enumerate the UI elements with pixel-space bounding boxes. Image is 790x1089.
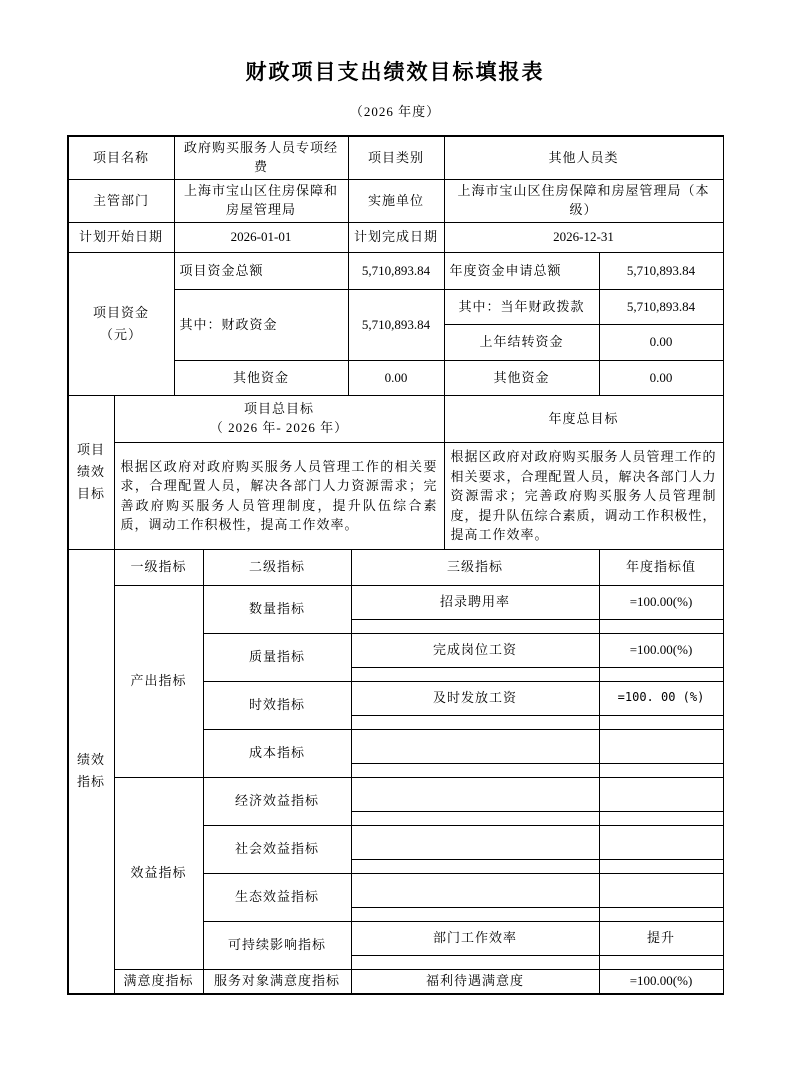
empty-value-cell (599, 715, 723, 729)
indicator-dept-efficiency-value: 提升 (599, 921, 723, 955)
empty-value-cell (599, 777, 723, 811)
level2-economic: 经济效益指标 (203, 777, 351, 825)
carryover-label: 上年结转资金 (444, 325, 599, 361)
implementing-unit-label: 实施单位 (348, 180, 444, 223)
department-label: 主管部门 (68, 180, 174, 223)
carryover-value: 0.00 (599, 325, 723, 361)
level2-service-satisfaction: 服务对象满意度指标 (203, 969, 351, 993)
implementing-unit-value: 上海市宝山区住房保障和房屋管理局（本级） (444, 180, 723, 223)
indicator-timely-payment-value: =100. 00 (%) (599, 681, 723, 715)
indicator-welfare-satisfaction-value: =100.00(%) (599, 969, 723, 993)
project-category-value: 其他人员类 (444, 137, 723, 180)
empty-indicator-cell (351, 859, 599, 873)
level2-quantity: 数量指标 (203, 585, 351, 633)
indicator-welfare-satisfaction: 福利待遇满意度 (351, 969, 599, 993)
basic-info-table: 项目名称 政府购买服务人员专项经费 项目类别 其他人员类 主管部门 上海市宝山区… (68, 136, 724, 253)
project-name-label: 项目名称 (68, 137, 174, 180)
empty-indicator-cell (351, 729, 599, 763)
other-fund-left-label: 其他资金 (174, 361, 348, 396)
empty-indicator-cell (351, 763, 599, 777)
funding-table: 项目资金 （元） 项目资金总额 5,710,893.84 年度资金申请总额 5,… (68, 252, 724, 396)
indicators-section-label: 绩效 指标 (68, 549, 114, 993)
empty-value-cell (599, 955, 723, 969)
empty-value-cell (599, 763, 723, 777)
fiscal-fund-label: 其中：财政资金 (174, 290, 348, 361)
indicator-timely-payment: 及时发放工资 (351, 681, 599, 715)
header-level2: 二级指标 (203, 549, 351, 585)
annual-goal-header: 年度总目标 (444, 396, 723, 443)
empty-indicator-cell (351, 715, 599, 729)
indicator-dept-efficiency: 部门工作效率 (351, 921, 599, 955)
level1-output: 产出指标 (114, 585, 203, 777)
indicators-table: 绩效 指标 一级指标 二级指标 三级指标 年度指标值 产出指标 数量指标 招录聘… (68, 549, 724, 994)
empty-value-cell (599, 729, 723, 763)
end-date-label: 计划完成日期 (348, 223, 444, 253)
empty-indicator-cell (351, 619, 599, 633)
level2-quality: 质量指标 (203, 633, 351, 681)
empty-value-cell (599, 811, 723, 825)
level1-satisfaction: 满意度指标 (114, 969, 203, 993)
other-fund-left-value: 0.00 (348, 361, 444, 396)
empty-value-cell (599, 873, 723, 907)
level2-cost: 成本指标 (203, 729, 351, 777)
other-fund-right-value: 0.00 (599, 361, 723, 396)
annual-request-value: 5,710,893.84 (599, 253, 723, 290)
empty-value-cell (599, 907, 723, 921)
annual-goal-text: 根据区政府对政府购买服务人员管理工作的相关要求，合理配置人员，解决各部门人力资源… (444, 443, 723, 550)
empty-value-cell (599, 667, 723, 681)
page-subtitle: （2026 年度） (0, 101, 790, 120)
empty-indicator-cell (351, 825, 599, 859)
empty-indicator-cell (351, 777, 599, 811)
document-page: 财政项目支出绩效目标填报表 （2026 年度） 项目名称 政府购买服务人员专项经… (0, 0, 790, 1089)
header-level3: 三级指标 (351, 549, 599, 585)
project-category-label: 项目类别 (348, 137, 444, 180)
start-date-label: 计划开始日期 (68, 223, 174, 253)
goals-table: 项目 绩效 目标 项目总目标 （ 2026 年- 2026 年） 年度总目标 根… (68, 395, 724, 550)
current-appropriation-label: 其中：当年财政拨款 (444, 290, 599, 325)
current-appropriation-value: 5,710,893.84 (599, 290, 723, 325)
start-date-value: 2026-01-01 (174, 223, 348, 253)
empty-indicator-cell (351, 667, 599, 681)
overall-goal-text: 根据区政府对政府购买服务人员管理工作的相关要求，合理配置人员，解决各部门人力资源… (114, 443, 444, 550)
overall-goal-header: 项目总目标 （ 2026 年- 2026 年） (114, 396, 444, 443)
empty-value-cell (599, 859, 723, 873)
project-name-value: 政府购买服务人员专项经费 (174, 137, 348, 180)
goals-section-label: 项目 绩效 目标 (68, 396, 114, 550)
total-fund-value: 5,710,893.84 (348, 253, 444, 290)
page-title: 财政项目支出绩效目标填报表 (0, 0, 790, 86)
indicator-recruitment-rate-value: =100.00(%) (599, 585, 723, 619)
annual-request-label: 年度资金申请总额 (444, 253, 599, 290)
indicator-recruitment-rate: 招录聘用率 (351, 585, 599, 619)
empty-value-cell (599, 619, 723, 633)
total-fund-label: 项目资金总额 (174, 253, 348, 290)
department-value: 上海市宝山区住房保障和房屋管理局 (174, 180, 348, 223)
header-level1: 一级指标 (114, 549, 203, 585)
indicator-salary-completion: 完成岗位工资 (351, 633, 599, 667)
form-table: 项目名称 政府购买服务人员专项经费 项目类别 其他人员类 主管部门 上海市宝山区… (67, 135, 724, 995)
header-annual-value: 年度指标值 (599, 549, 723, 585)
level2-timeliness: 时效指标 (203, 681, 351, 729)
empty-indicator-cell (351, 955, 599, 969)
level2-ecological: 生态效益指标 (203, 873, 351, 921)
level1-benefit: 效益指标 (114, 777, 203, 969)
funding-section-label: 项目资金 （元） (68, 253, 174, 396)
empty-indicator-cell (351, 907, 599, 921)
fiscal-fund-value: 5,710,893.84 (348, 290, 444, 361)
level2-social: 社会效益指标 (203, 825, 351, 873)
empty-indicator-cell (351, 811, 599, 825)
indicator-salary-completion-value: =100.00(%) (599, 633, 723, 667)
empty-value-cell (599, 825, 723, 859)
level2-sustainable: 可持续影响指标 (203, 921, 351, 969)
end-date-value: 2026-12-31 (444, 223, 723, 253)
other-fund-right-label: 其他资金 (444, 361, 599, 396)
empty-indicator-cell (351, 873, 599, 907)
